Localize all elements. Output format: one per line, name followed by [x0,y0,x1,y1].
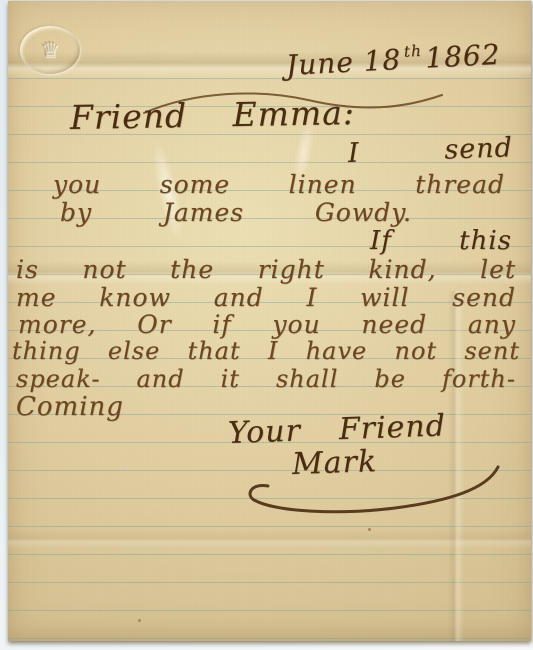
letter-paper: ♛ June 18th1862 Friend Emma: I send you … [8,1,531,641]
scanned-letter-view: ♛ June 18th1862 Friend Emma: I send you … [0,0,533,650]
letter-line: thing else that I have not sent [12,339,520,364]
date-line: June 18th1862 [285,38,526,80]
paper-speck [138,619,141,622]
date-year: 1862 [424,38,501,75]
letter-line: me know and I will send [16,285,516,311]
letter-line: Coming [16,394,124,421]
paper-speck [368,528,371,531]
signature-flourish [242,462,502,517]
letter-line: If this [370,228,512,255]
letter-line: by James Gowdy. [60,200,412,226]
letter-line: speak- and it shall be forth- [16,367,516,392]
salutation: Friend Emma: [70,96,356,136]
date-ordinal-suffix: th [403,42,422,61]
date-month-day: June 18 [285,43,402,82]
embossed-seal: ♛ [20,26,80,74]
letter-line: you some linen thread [53,172,505,198]
closing: Your Friend [227,410,446,449]
letter-line: is not the right kind, let [16,257,516,283]
crown-icon: ♛ [41,40,60,61]
letter-line: I send [348,134,514,168]
letter-line: more, Or if you need any [18,312,516,338]
